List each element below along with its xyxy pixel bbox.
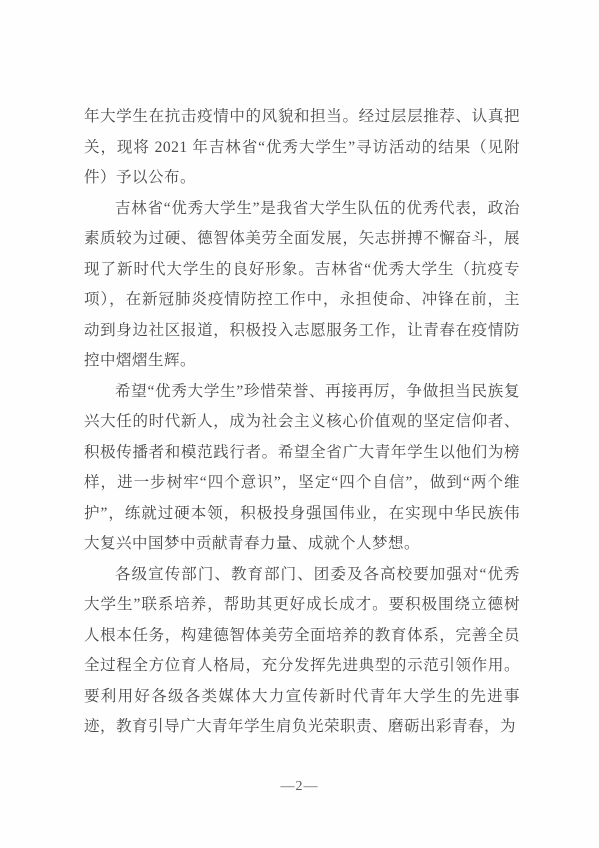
paragraph: 吉林省“优秀大学生”是我省大学生队伍的优秀代表，政治素质较为过硬、德智体美劳全面… [84,194,520,377]
paragraph: 各级宣传部门、教育部门、团委及各高校要加强对“优秀大学生”联系培养，帮助其更好成… [84,560,520,743]
document-page: 年大学生在抗击疫情中的风貌和担当。经过层层推荐、认真把关，现将 2021 年吉林… [0,0,599,848]
paragraph-continuation: 年大学生在抗击疫情中的风貌和担当。经过层层推荐、认真把关，现将 2021 年吉林… [84,102,520,194]
page-number: —2— [0,779,599,795]
paragraph: 希望“优秀大学生”珍惜荣誉、再接再厉，争做担当民族复兴大任的时代新人，成为社会主… [84,377,520,560]
document-body: 年大学生在抗击疫情中的风貌和担当。经过层层推荐、认真把关，现将 2021 年吉林… [84,102,520,743]
